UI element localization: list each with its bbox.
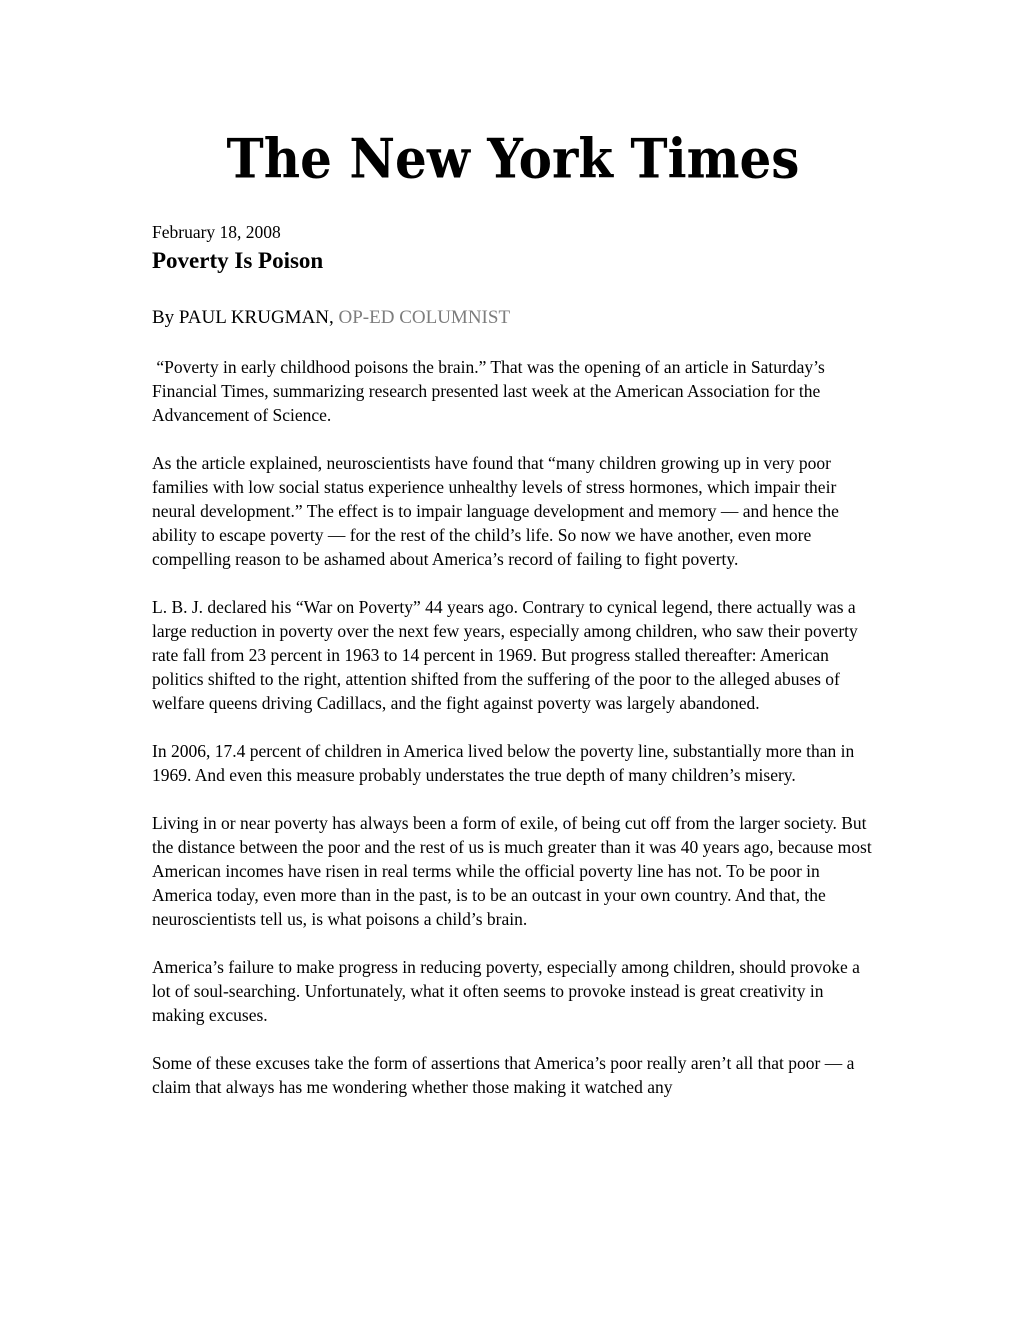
nyt-logo: The New York Times <box>152 123 874 194</box>
article-title: Poverty Is Poison <box>152 246 874 276</box>
paragraph-7: Some of these excuses take the form of a… <box>152 1051 874 1099</box>
byline-role: OP-ED COLUMNIST <box>334 307 510 328</box>
paragraph-2: As the article explained, neuroscientist… <box>152 451 874 571</box>
article-date: February 18, 2008 <box>152 220 874 244</box>
paragraph-6: America’s failure to make progress in re… <box>152 955 874 1027</box>
article-body: “Poverty in early childhood poisons the … <box>152 355 874 1099</box>
paragraph-3: L. B. J. declared his “War on Poverty” 4… <box>152 595 874 715</box>
article-page: The New York Times February 18, 2008 Pov… <box>152 0 874 1123</box>
paragraph-5: Living in or near poverty has always bee… <box>152 811 874 931</box>
paragraph-1: “Poverty in early childhood poisons the … <box>152 355 874 427</box>
paragraph-4: In 2006, 17.4 percent of children in Ame… <box>152 739 874 787</box>
byline: By PAUL KRUGMAN, OP-ED COLUMNIST <box>152 305 874 330</box>
byline-author: By PAUL KRUGMAN, <box>152 307 334 328</box>
